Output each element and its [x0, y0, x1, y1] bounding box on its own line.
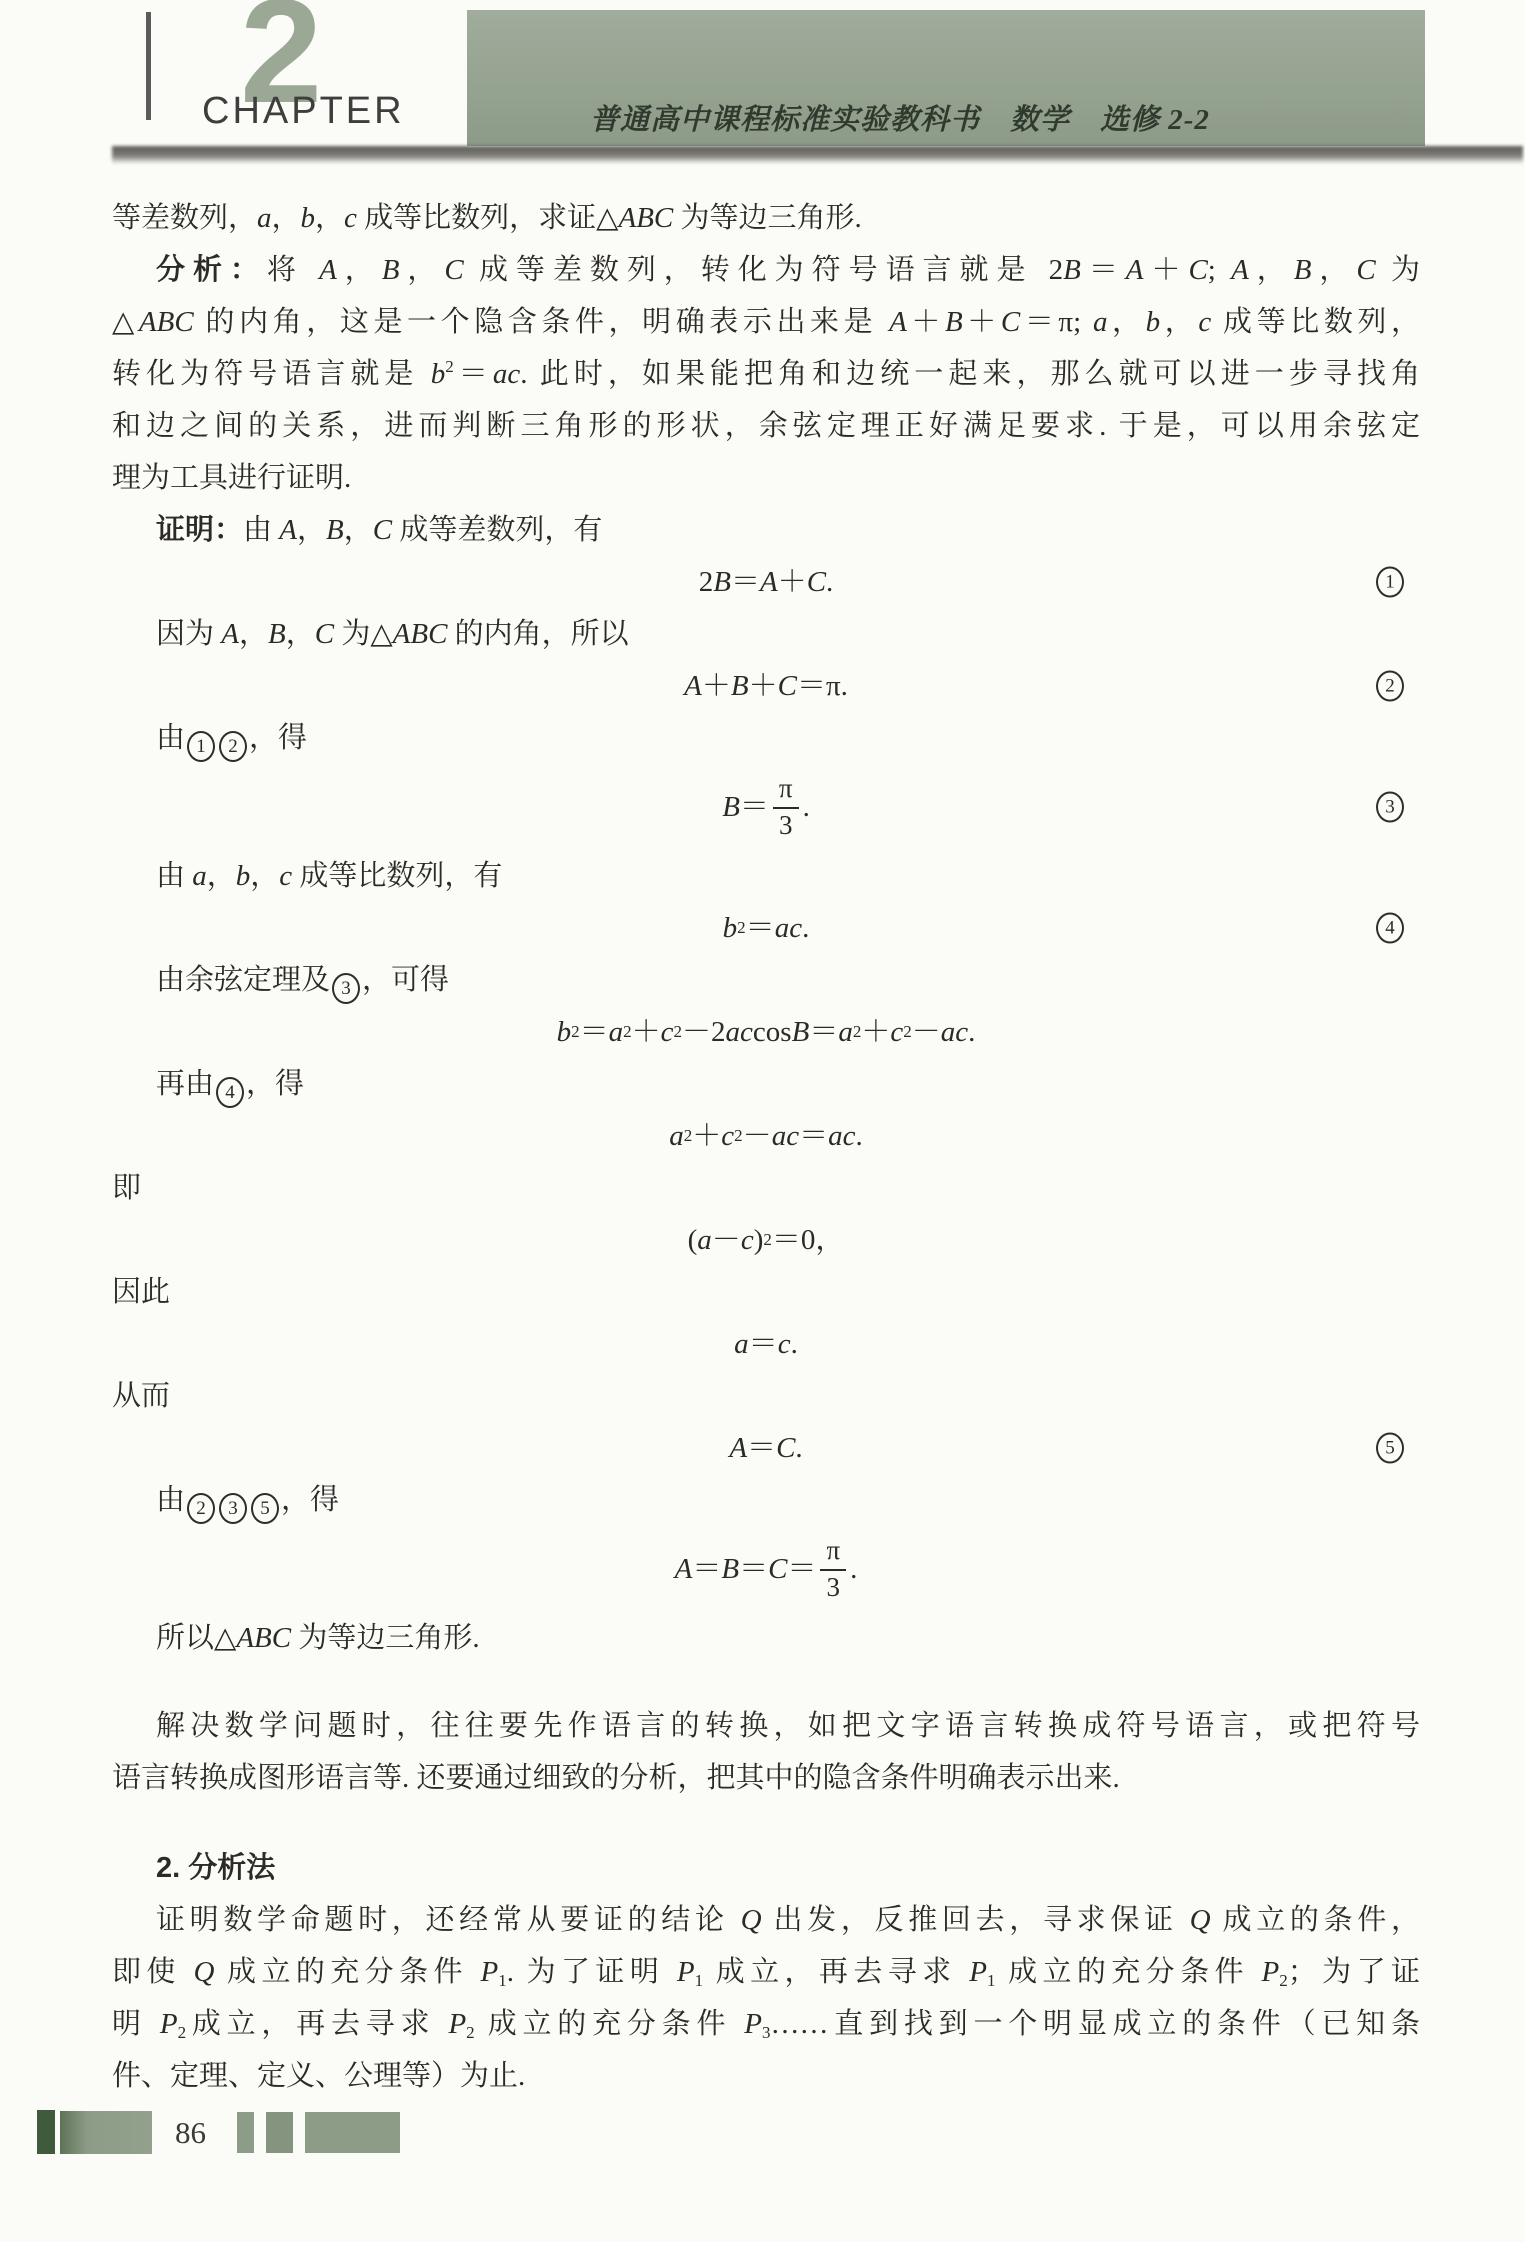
- header-banner: 普通高中课程标准实验教科书 数学 选修 2-2: [467, 10, 1425, 146]
- footer-decoration-block-small: [237, 2112, 254, 2153]
- text-line: 再由4，得: [112, 1058, 1420, 1110]
- circled-number: 1: [187, 731, 215, 762]
- equation-line: b2＝ac.4: [112, 902, 1420, 954]
- equation-line: A＝B＝C＝π3.: [112, 1526, 1420, 1612]
- page-header: 2 CHAPTER 普通高中课程标准实验教科书 数学 选修 2-2: [0, 0, 1525, 168]
- page-number: 86: [175, 2117, 206, 2148]
- circled-number: 5: [251, 1493, 279, 1524]
- header-shadow: [112, 146, 1523, 164]
- text-line: 证明数学命题时，还经常从要证的结论 Q 出发，反推回去，寻求保证 Q 成立的条件…: [112, 1894, 1420, 1946]
- circled-number: 2: [187, 1493, 215, 1524]
- text-line: △ABC 的内角，这是一个隐含条件，明确表示出来是 A＋B＋C＝π; a，b，c…: [112, 296, 1420, 348]
- equation-line: (a－c)2＝0，: [112, 1214, 1420, 1266]
- circled-number: 3: [332, 973, 360, 1004]
- circled-number: 3: [219, 1493, 247, 1524]
- equation-number: 4: [1376, 913, 1404, 944]
- text-line: 即使 Q 成立的充分条件 P1. 为了证明 P1 成立，再去寻求 P1 成立的充…: [112, 1946, 1420, 1998]
- text-line: 件、定理、定义、公理等）为止.: [112, 2050, 1420, 2102]
- equation-number: 2: [1376, 671, 1404, 702]
- text-line: 2. 分析法: [112, 1842, 1420, 1894]
- equation-line: B＝π3.3: [112, 764, 1420, 850]
- text-line: 因此: [112, 1266, 1420, 1318]
- text-line: 从而: [112, 1370, 1420, 1422]
- text-line: 转化为符号语言就是 b2＝ac. 此时，如果能把角和边统一起来，那么就可以进一步…: [112, 348, 1420, 400]
- text-line: 语言转换成图形语言等. 还要通过细致的分析，把其中的隐含条件明确表示出来.: [112, 1752, 1420, 1804]
- equation-line: 2B＝A＋C.1: [112, 556, 1420, 608]
- page-body: 等差数列，a，b，c 成等比数列，求证△ABC 为等边三角形.分析：将 A，B，…: [0, 168, 1525, 2102]
- chapter-label: CHAPTER: [202, 90, 405, 133]
- text-line: 因为 A，B，C 为△ABC 的内角，所以: [112, 608, 1420, 660]
- equation-line: a＝c.: [112, 1318, 1420, 1370]
- banner-title: 普通高中课程标准实验教科书 数学 选修 2-2: [590, 97, 1210, 138]
- footer-decoration-block-wide-left: [60, 2111, 152, 2154]
- circled-number: 4: [216, 1077, 244, 1108]
- footer-decoration-block-medium: [266, 2112, 293, 2153]
- header-left-rule: [146, 12, 151, 120]
- text-line: 由235，得: [112, 1474, 1420, 1526]
- text-line: 分析：将 A，B，C 成等差数列，转化为符号语言就是 2B＝A＋C; A，B，C…: [112, 244, 1420, 296]
- text-line: 即: [112, 1162, 1420, 1214]
- text-line: 明 P2成立，再去寻求 P2 成立的充分条件 P3……直到找到一个明显成立的条件…: [112, 1998, 1420, 2050]
- spacer: [112, 1664, 1420, 1700]
- fraction: π3: [820, 1535, 846, 1602]
- equation-line: a2＋c2－ac＝ac.: [112, 1110, 1420, 1162]
- text-line: 由 a，b，c 成等比数列，有: [112, 850, 1420, 902]
- equation-number: 5: [1376, 1433, 1404, 1464]
- page-footer: 86: [37, 2108, 400, 2156]
- spacer: [112, 1804, 1420, 1842]
- text-line: 和边之间的关系，进而判断三角形的形状，余弦定理正好满足要求. 于是，可以用余弦定: [112, 400, 1420, 452]
- fraction: π3: [773, 773, 799, 840]
- text-line: 等差数列，a，b，c 成等比数列，求证△ABC 为等边三角形.: [112, 192, 1420, 244]
- equation-line: A＝C.5: [112, 1422, 1420, 1474]
- equation-line: A＋B＋C＝π.2: [112, 660, 1420, 712]
- text-line: 由余弦定理及3，可得: [112, 954, 1420, 1006]
- textbook-page: 2 CHAPTER 普通高中课程标准实验教科书 数学 选修 2-2 等差数列，a…: [0, 0, 1525, 2242]
- footer-decoration-block-dark: [37, 2110, 55, 2154]
- equation-number: 1: [1376, 567, 1404, 598]
- text-line: 由12，得: [112, 712, 1420, 764]
- circled-number: 2: [219, 731, 247, 762]
- text-line: 证明：由 A，B，C 成等差数列，有: [112, 504, 1420, 556]
- equation-line: b2＝a2＋c2－2ac cos B＝a2＋c2－ac.: [112, 1006, 1420, 1058]
- text-line: 解决数学问题时，往往要先作语言的转换，如把文字语言转换成符号语言，或把符号: [112, 1700, 1420, 1752]
- text-line: 所以△ABC 为等边三角形.: [112, 1612, 1420, 1664]
- footer-decoration-block-wide-right: [305, 2112, 400, 2153]
- equation-number: 3: [1376, 792, 1404, 823]
- text-line: 理为工具进行证明.: [112, 452, 1420, 504]
